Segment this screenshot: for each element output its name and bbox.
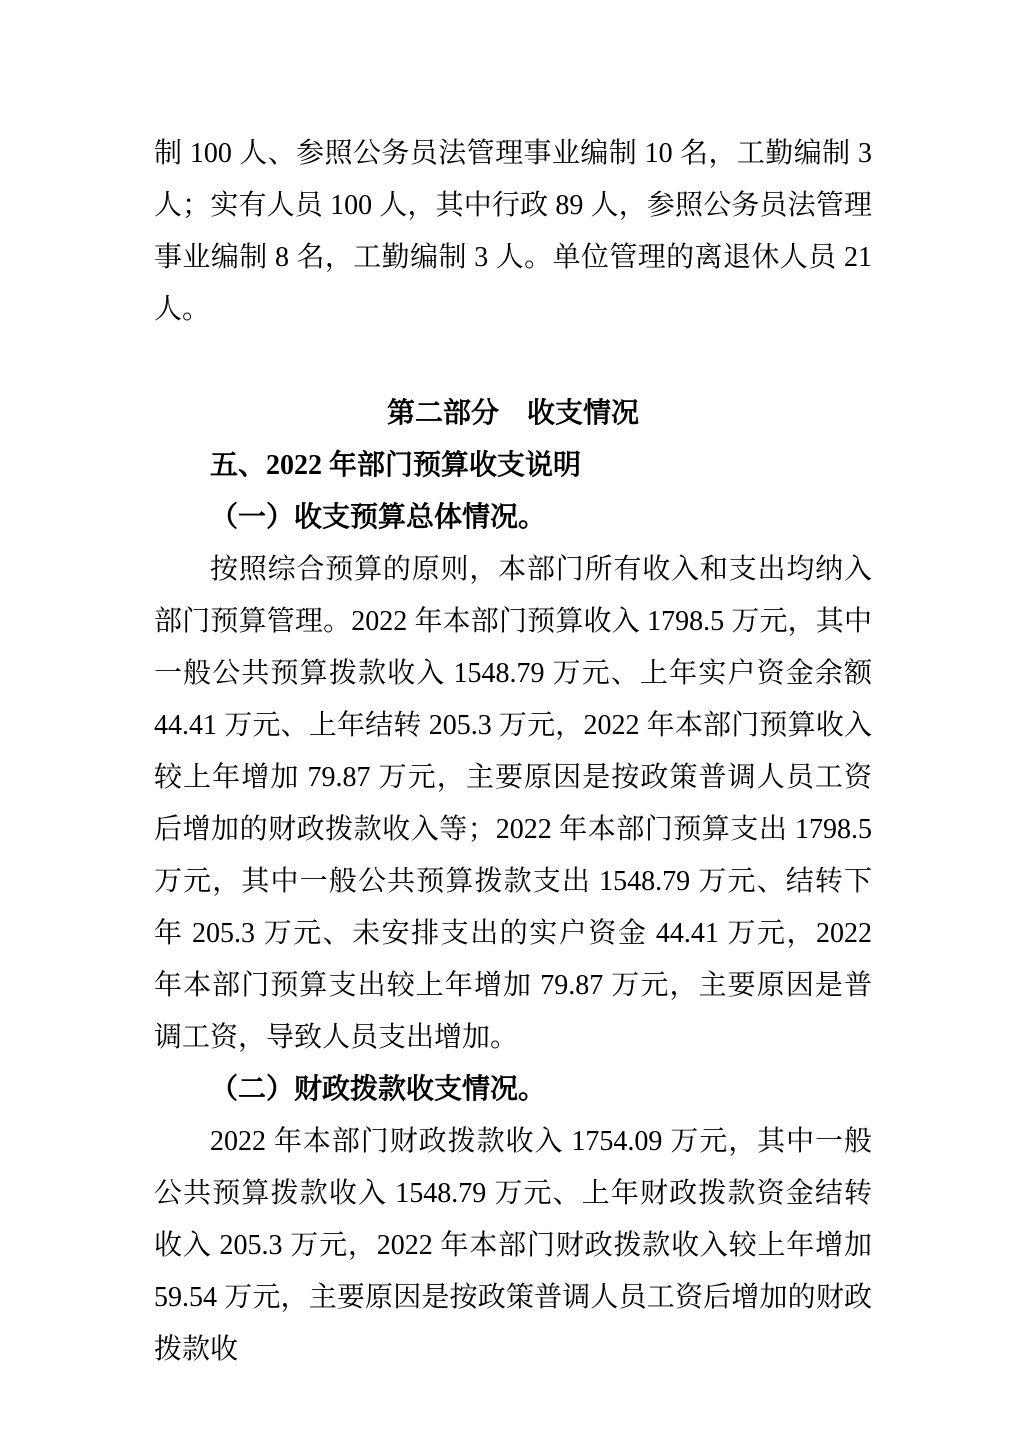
- subsection-heading-overall-budget: （一）收支预算总体情况。: [154, 492, 872, 544]
- paragraph-fiscal-appropriation: 2022 年本部门财政拨款收入 1754.09 万元，其中一般公共预算拨款收入 …: [154, 1116, 872, 1376]
- paragraph-budget-overview: 按照综合预算的原则，本部门所有收入和支出均纳入部门预算管理。2022 年本部门预…: [154, 544, 872, 1064]
- section-heading-budget-explanation: 五、2022 年部门预算收支说明: [154, 440, 872, 492]
- subsection-heading-fiscal-appropriation: （二）财政拨款收支情况。: [154, 1064, 872, 1116]
- paragraph-staffing-continuation: 制 100 人、参照公务员法管理事业编制 10 名，工勤编制 3 人；实有人员 …: [154, 128, 872, 336]
- document-page: 制 100 人、参照公务员法管理事业编制 10 名，工勤编制 3 人；实有人员 …: [0, 0, 1024, 1448]
- part-title: 第二部分 收支情况: [154, 388, 872, 440]
